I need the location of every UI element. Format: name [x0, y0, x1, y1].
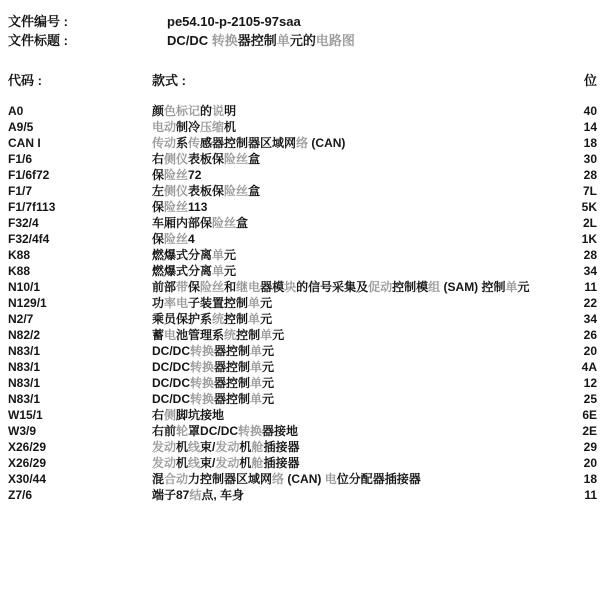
text-segment: 转换 [190, 344, 214, 358]
text-segment: 元 [260, 312, 272, 326]
text-segment: 电 [325, 472, 337, 486]
doc-number-value: pe54.10-p-2105-97saa [167, 14, 301, 29]
row-description: 发动机线束/发动机舱插接器 [152, 441, 299, 454]
text-segment: 位分配器插接器 [337, 472, 421, 486]
row-description: 前部带保险丝和继电器模块的信号采集及促动控制模组 (SAM) 控制单元 [152, 281, 530, 294]
text-segment: DC/DC [152, 392, 190, 406]
row-position: 11 [584, 489, 597, 502]
text-segment: DC/DC [152, 344, 190, 358]
row-position: 18 [584, 137, 597, 150]
text-segment: 左 [152, 184, 164, 198]
row-position: 14 [584, 121, 597, 134]
text-segment: 险丝 [224, 184, 248, 198]
row-description: 乘员保护系统控制单元 [152, 313, 272, 326]
text-segment: 块 [284, 280, 296, 294]
text-segment: 元 [262, 360, 274, 374]
text-segment: 转换 [190, 392, 214, 406]
code-table: A0 颜色标记的说明 40 A9/5 电动制冷压缩机 14 CAN I 传动系传… [8, 105, 597, 505]
row-code: A0 [8, 105, 23, 118]
text-segment: 轮 [176, 424, 188, 438]
text-segment: 元 [224, 248, 236, 262]
text-segment: 机 [239, 440, 251, 454]
text-segment: 混 [152, 472, 164, 486]
table-row: F1/7 左侧仪表板保险丝盒 7L [8, 185, 597, 201]
row-code: N83/1 [8, 345, 40, 358]
text-segment: 保 [152, 232, 164, 246]
text-segment: 单 [250, 376, 262, 390]
table-row: F32/4 车厢内部保险丝盒 2L [8, 217, 597, 233]
doc-number-row: 文件编号 :pe54.10-p-2105-97saa [8, 15, 597, 34]
text-segment: 车厢内部保 [152, 216, 212, 230]
row-position: 34 [584, 265, 597, 278]
row-code: N10/1 [8, 281, 40, 294]
text-segment: 束/ [200, 440, 215, 454]
text-segment: 控制 [224, 312, 248, 326]
row-code: X26/29 [8, 441, 46, 454]
text-segment: 发动 [152, 456, 176, 470]
col-header-style: 款式 : [152, 74, 186, 88]
row-code: N83/1 [8, 393, 40, 406]
text-segment: 器控制 [214, 376, 250, 390]
table-row: W3/9 右前轮罩DC/DC转换器接地 2E [8, 425, 597, 441]
text-segment: 转换 [190, 360, 214, 374]
document-page: 文件编号 :pe54.10-p-2105-97saa 文件标题 :DC/DC 转… [0, 0, 601, 604]
text-segment: 带 [176, 280, 188, 294]
row-code: F1/7f113 [8, 201, 55, 214]
text-segment: 器模 [260, 280, 284, 294]
row-position: 11 [584, 281, 597, 294]
doc-title-row: 文件标题 :DC/DC 转换器控制单元的电路图 [8, 34, 597, 53]
row-position: 25 [584, 393, 597, 406]
text-segment: 右 [152, 152, 164, 166]
table-row: W15/1 右侧脚坑接地 6E [8, 409, 597, 425]
text-segment: 器控制 [238, 33, 277, 48]
text-segment: 元 [262, 392, 274, 406]
row-position: 6E [582, 409, 597, 422]
row-description: DC/DC转换器控制单元 [152, 361, 274, 374]
text-segment: 机 [239, 456, 251, 470]
row-code: N129/1 [8, 297, 47, 310]
text-segment: (CAN) [308, 136, 345, 150]
text-segment: 单 [260, 328, 272, 342]
text-segment: 端子87 [152, 488, 189, 502]
table-row: N83/1 DC/DC转换器控制单元 4A [8, 361, 597, 377]
row-code: Z7/6 [8, 489, 32, 502]
row-code: N2/7 [8, 313, 33, 326]
table-row: X26/29 发动机线束/发动机舱插接器 29 [8, 441, 597, 457]
row-code: K88 [8, 249, 30, 262]
row-description: DC/DC转换器控制单元 [152, 393, 274, 406]
text-segment: 发动 [215, 456, 239, 470]
row-position: 34 [584, 313, 597, 326]
text-segment: 功 [152, 296, 164, 310]
text-segment: 器控制 [214, 360, 250, 374]
table-row: X26/29 发动机线束/发动机舱插接器 20 [8, 457, 597, 473]
text-segment: 统 [224, 328, 236, 342]
text-segment: 113 [188, 200, 207, 214]
row-code: K88 [8, 265, 30, 278]
text-segment: 险丝 [164, 200, 188, 214]
document-header: 文件编号 :pe54.10-p-2105-97saa 文件标题 :DC/DC 转… [8, 15, 597, 53]
text-segment: 传 [188, 136, 200, 150]
text-segment: 机 [176, 440, 188, 454]
text-segment: (SAM) 控制 [440, 280, 505, 294]
text-segment: 的 [200, 104, 212, 118]
row-position: 28 [584, 249, 597, 262]
text-segment: 控制模 [392, 280, 428, 294]
text-segment: 络 [272, 472, 284, 486]
text-segment: 燃爆式分离 [152, 264, 212, 278]
row-code: X26/29 [8, 457, 46, 470]
text-segment: 颜 [152, 104, 164, 118]
text-segment: 色标记 [164, 104, 200, 118]
text-segment: 乘员保护系 [152, 312, 212, 326]
row-code: W15/1 [8, 409, 43, 422]
row-position: 22 [584, 297, 597, 310]
row-code: F1/7 [8, 185, 32, 198]
text-segment: 电路图 [316, 33, 355, 48]
row-position: 20 [584, 457, 597, 470]
text-segment: 子装置控制 [188, 296, 248, 310]
row-code: X30/44 [8, 473, 46, 486]
text-segment: 单 [250, 392, 262, 406]
text-segment: 脚坑接地 [176, 408, 224, 422]
row-code: F32/4f4 [8, 233, 49, 246]
text-segment: 池管理系 [176, 328, 224, 342]
text-segment: 继电 [236, 280, 260, 294]
text-segment: 的信号采集及 [296, 280, 368, 294]
text-segment: 明 [224, 104, 236, 118]
doc-number-label: 文件编号 : [8, 15, 167, 29]
text-segment: 说 [212, 104, 224, 118]
text-segment: 蓄 [152, 328, 164, 342]
row-position: 40 [584, 105, 597, 118]
row-code: F1/6f72 [8, 169, 49, 182]
text-segment: 单 [506, 280, 518, 294]
table-row: K88 燃爆式分离单元 28 [8, 249, 597, 265]
table-row: K88 燃爆式分离单元 34 [8, 265, 597, 281]
row-description: DC/DC转换器控制单元 [152, 345, 274, 358]
row-description: 传动系传感器控制器区域网络 (CAN) [152, 137, 345, 150]
text-segment: 盒 [248, 184, 260, 198]
row-position: 30 [584, 153, 597, 166]
text-segment: 控制 [236, 328, 260, 342]
row-position: 1K [582, 233, 597, 246]
text-segment: 单 [212, 248, 224, 262]
text-segment: 元 [272, 328, 284, 342]
row-description: DC/DC转换器控制单元 [152, 377, 274, 390]
text-segment: 元 [224, 264, 236, 278]
row-position: 12 [584, 377, 597, 390]
row-position: 29 [584, 441, 597, 454]
text-segment: 保 [188, 280, 200, 294]
row-description: 保险丝113 [152, 201, 207, 214]
text-segment: 前部 [152, 280, 176, 294]
text-segment: (CAN) [284, 472, 325, 486]
text-segment: 线 [188, 456, 200, 470]
text-segment: 72 [188, 168, 201, 182]
row-code: N83/1 [8, 377, 40, 390]
text-segment: 侧仪 [164, 184, 188, 198]
text-segment: 单 [248, 312, 260, 326]
text-segment: 表板保 [188, 184, 224, 198]
text-segment: 转换 [238, 424, 262, 438]
text-segment: 元 [260, 296, 272, 310]
table-row: CAN I 传动系传感器控制器区域网络 (CAN) 18 [8, 137, 597, 153]
text-segment: 电 [164, 328, 176, 342]
table-row: N82/2 蓄电池管理系统控制单元 26 [8, 329, 597, 345]
text-segment: 罩DC/DC [188, 424, 238, 438]
text-segment: 插接器 [263, 440, 299, 454]
row-code: F1/6 [8, 153, 32, 166]
table-row: X30/44 混合动力控制器区域网络 (CAN) 电位分配器插接器 18 [8, 473, 597, 489]
text-segment: 盒 [236, 216, 248, 230]
text-segment: 单 [250, 344, 262, 358]
row-description: 混合动力控制器区域网络 (CAN) 电位分配器插接器 [152, 473, 421, 486]
text-segment: 险丝 [224, 152, 248, 166]
row-position: 26 [584, 329, 597, 342]
text-segment: 机 [224, 120, 236, 134]
table-row: N83/1 DC/DC转换器控制单元 12 [8, 377, 597, 393]
table-row: N129/1 功率电子装置控制单元 22 [8, 297, 597, 313]
text-segment: 器控制 [214, 392, 250, 406]
text-segment: 插接器 [263, 456, 299, 470]
text-segment: 侧仪 [164, 152, 188, 166]
text-segment: 系 [176, 136, 188, 150]
text-segment: 传动 [152, 136, 176, 150]
row-position: 7L [583, 185, 597, 198]
table-row: N2/7 乘员保护系统控制单元 34 [8, 313, 597, 329]
row-position: 2E [582, 425, 597, 438]
text-segment: 险丝 [200, 280, 224, 294]
text-segment: 器接地 [262, 424, 298, 438]
text-segment: 单 [212, 264, 224, 278]
text-segment: 元的 [290, 33, 316, 48]
row-description: 左侧仪表板保险丝盒 [152, 185, 260, 198]
text-segment: 转换 [190, 376, 214, 390]
row-description: 颜色标记的说明 [152, 105, 236, 118]
doc-title-value: DC/DC 转换器控制单元的电路图 [167, 33, 355, 48]
row-code: N83/1 [8, 361, 40, 374]
text-segment: DC/DC [152, 360, 190, 374]
text-segment: 点, 车身 [201, 488, 244, 502]
text-segment: 表板保 [188, 152, 224, 166]
row-position: 5K [582, 201, 597, 214]
text-segment: 转换 [212, 33, 238, 48]
row-code: A9/5 [8, 121, 33, 134]
text-segment: 结 [189, 488, 201, 502]
row-code: W3/9 [8, 425, 36, 438]
text-segment: 电动 [152, 120, 176, 134]
text-segment: 率电 [164, 296, 188, 310]
text-segment: 和 [224, 280, 236, 294]
row-position: 2L [583, 217, 597, 230]
row-description: 保险丝4 [152, 233, 195, 246]
text-segment: 舱 [251, 440, 263, 454]
row-description: 燃爆式分离单元 [152, 249, 236, 262]
text-segment: 险丝 [164, 232, 188, 246]
row-description: 燃爆式分离单元 [152, 265, 236, 278]
doc-title-label: 文件标题 : [8, 34, 167, 48]
row-description: 功率电子装置控制单元 [152, 297, 272, 310]
text-segment: 右前 [152, 424, 176, 438]
text-segment: 侧 [164, 408, 176, 422]
text-segment: 盒 [248, 152, 260, 166]
table-row: F32/4f4 保险丝4 1K [8, 233, 597, 249]
col-header-position: 位 [584, 74, 597, 88]
row-position: 18 [584, 473, 597, 486]
text-segment: DC/DC [167, 33, 212, 48]
table-row: A0 颜色标记的说明 40 [8, 105, 597, 121]
row-description: 发动机线束/发动机舱插接器 [152, 457, 299, 470]
text-segment: 制冷 [176, 120, 200, 134]
row-code: CAN I [8, 137, 41, 150]
table-row: F1/7f113 保险丝113 5K [8, 201, 597, 217]
table-row: N83/1 DC/DC转换器控制单元 25 [8, 393, 597, 409]
row-description: 车厢内部保险丝盒 [152, 217, 248, 230]
text-segment: 燃爆式分离 [152, 248, 212, 262]
text-segment: DC/DC [152, 376, 190, 390]
text-segment: 元 [262, 344, 274, 358]
text-segment: 感器控制器区域网 [200, 136, 296, 150]
row-position: 4A [582, 361, 597, 374]
text-segment: 络 [296, 136, 308, 150]
text-segment: 舱 [251, 456, 263, 470]
text-segment: 元 [262, 376, 274, 390]
text-segment: 合动 [164, 472, 188, 486]
row-code: N82/2 [8, 329, 40, 342]
text-segment: 右 [152, 408, 164, 422]
text-segment: 线 [188, 440, 200, 454]
row-description: 电动制冷压缩机 [152, 121, 236, 134]
row-position: 20 [584, 345, 597, 358]
row-description: 保险丝72 [152, 169, 201, 182]
table-row: A9/5 电动制冷压缩机 14 [8, 121, 597, 137]
text-segment: 束/ [200, 456, 215, 470]
text-segment: 发动 [152, 440, 176, 454]
text-segment: 元 [518, 280, 530, 294]
table-header-row: 代码 : 款式 : 位 [8, 74, 597, 90]
row-position: 28 [584, 169, 597, 182]
row-code: F32/4 [8, 217, 39, 230]
text-segment: 保 [152, 168, 164, 182]
text-segment: 单 [277, 33, 290, 48]
text-segment: 险丝 [212, 216, 236, 230]
row-description: 右前轮罩DC/DC转换器接地 [152, 425, 298, 438]
text-segment: 4 [188, 232, 195, 246]
table-row: N83/1 DC/DC转换器控制单元 20 [8, 345, 597, 361]
table-row: Z7/6 端子87结点, 车身 11 [8, 489, 597, 505]
text-segment: 险丝 [164, 168, 188, 182]
text-segment: 单 [250, 360, 262, 374]
row-description: 右侧脚坑接地 [152, 409, 224, 422]
table-row: F1/6 右侧仪表板保险丝盒 30 [8, 153, 597, 169]
text-segment: 发动 [215, 440, 239, 454]
text-segment: 促动 [368, 280, 392, 294]
table-row: F1/6f72 保险丝72 28 [8, 169, 597, 185]
text-segment: 力控制器区域网 [188, 472, 272, 486]
text-segment: 统 [212, 312, 224, 326]
text-segment: 机 [176, 456, 188, 470]
row-description: 蓄电池管理系统控制单元 [152, 329, 284, 342]
text-segment: 器控制 [214, 344, 250, 358]
col-header-code: 代码 : [8, 74, 42, 88]
text-segment: 保 [152, 200, 164, 214]
text-segment: 单 [248, 296, 260, 310]
row-description: 右侧仪表板保险丝盒 [152, 153, 260, 166]
row-description: 端子87结点, 车身 [152, 489, 244, 502]
table-row: N10/1 前部带保险丝和继电器模块的信号采集及促动控制模组 (SAM) 控制单… [8, 281, 597, 297]
text-segment: 压缩 [200, 120, 224, 134]
text-segment: 组 [428, 280, 440, 294]
